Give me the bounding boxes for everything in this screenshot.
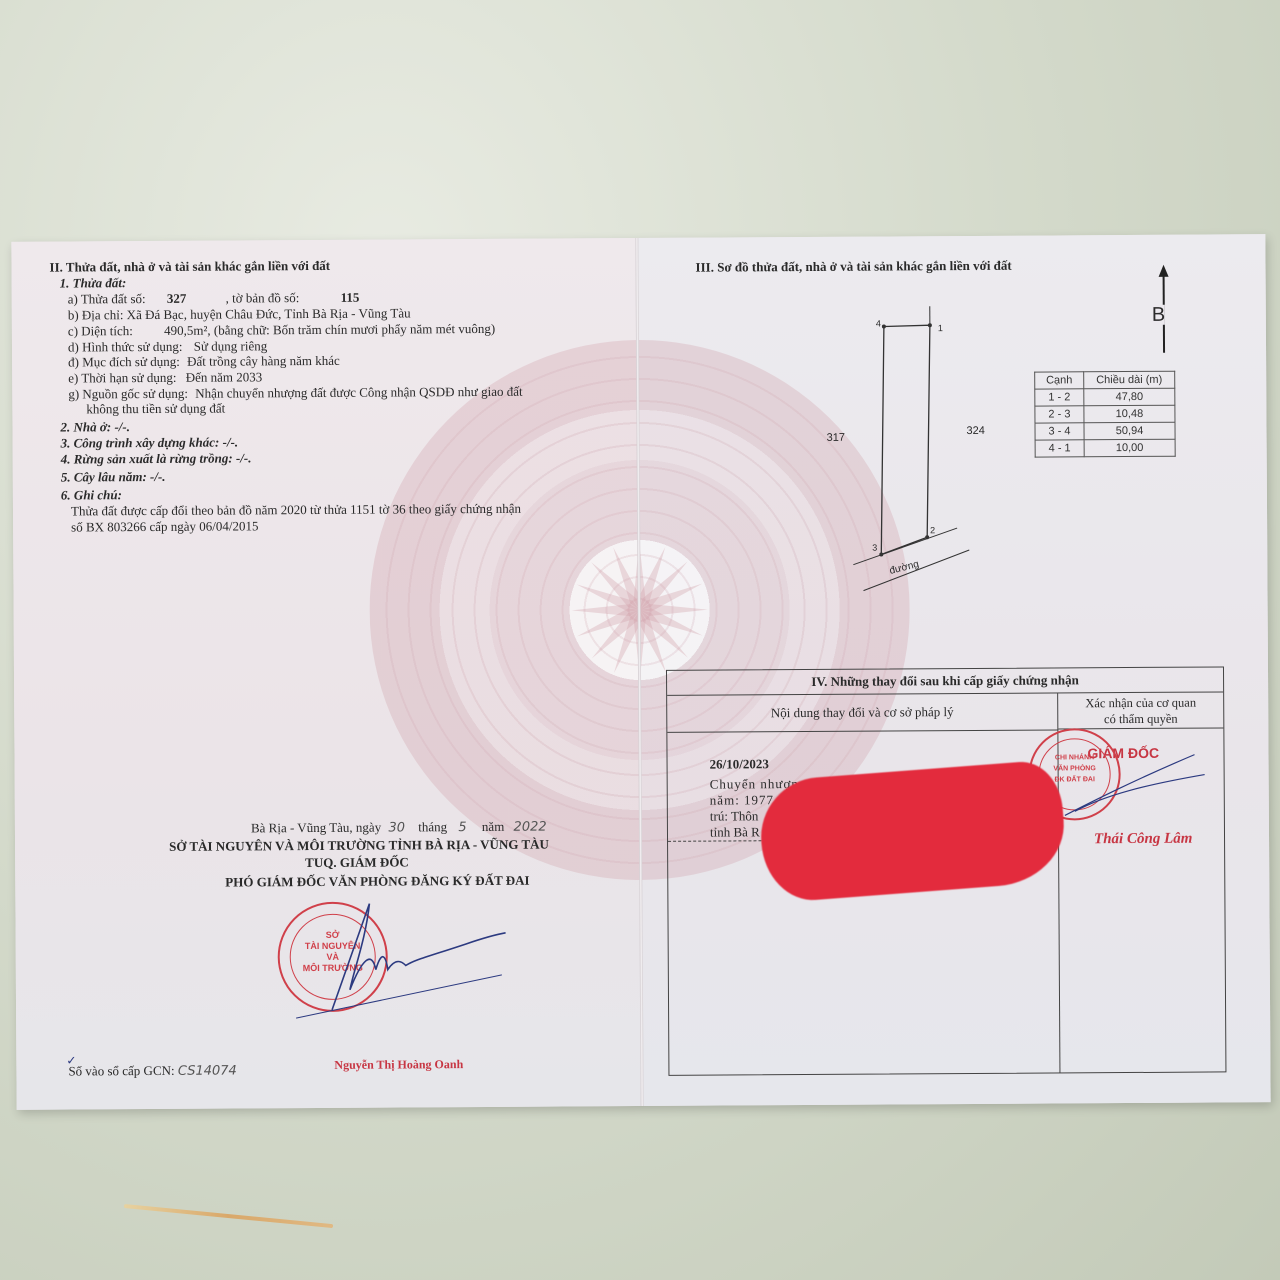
origin-value: Nhận chuyển nhượng đất được Công nhận QS… xyxy=(195,384,522,401)
parcel-heading: 1. Thửa đất: xyxy=(60,275,127,291)
signer-name-left: Nguyễn Thị Hoàng Oanh xyxy=(334,1057,463,1073)
confirmation-header: Xác nhận của cơ quan có thẩm quyền xyxy=(1058,692,1223,729)
point-1-label: 1 xyxy=(938,321,943,336)
neighbor-parcel-left: 317 xyxy=(827,431,845,447)
confirm-signer-name: Thái Công Lâm xyxy=(1094,832,1192,848)
confirmation-header-line2: có thẩm quyền xyxy=(1058,710,1223,727)
change-entry-line-3: trú: Thôn xyxy=(710,808,759,824)
perennial-tree-item: 5. Cây lâu năm: -/-. xyxy=(61,469,166,485)
neighbor-parcel-right: 324 xyxy=(966,424,984,440)
usage-purpose-row: đ) Mục đích sử dụng: Đất trồng cây hàng … xyxy=(68,353,340,370)
year-label: năm xyxy=(482,819,504,834)
signing-date: Bà Rịa - Vũng Tàu, ngày 30 tháng 5 năm 2… xyxy=(251,819,547,837)
usage-term-row: e) Thời hạn sử dụng: Đến năm 2033 xyxy=(68,369,262,386)
signer-position: PHÓ GIÁM ĐỐC VĂN PHÒNG ĐĂNG KÝ ĐẤT ĐAI xyxy=(225,873,529,890)
edge-cell: 2 - 3 xyxy=(1035,406,1084,423)
usage-term-value: Đến năm 2033 xyxy=(186,369,263,384)
origin-value-cont: không thu tiền sử dụng đất xyxy=(86,401,225,417)
map-sheet-value: 115 xyxy=(341,290,360,305)
table-row: 4 - 1 10,00 xyxy=(1035,439,1175,457)
change-entry-line-2: năm: 1977 xyxy=(710,792,774,808)
parcel-number-row: a) Thửa đất số: 327 , tờ bản đồ số: 115 xyxy=(68,290,360,307)
table-row: 3 - 4 50,94 xyxy=(1035,422,1175,440)
signing-place: Bà Rịa - Vũng Tàu, ngày xyxy=(251,820,381,836)
usage-term-label: e) Thời hạn sử dụng: xyxy=(68,370,176,386)
parcel-number-value: 327 xyxy=(167,291,187,306)
area-row: c) Diện tích: 490,5m², (bằng chữ: Bốn tr… xyxy=(68,321,495,339)
edge-cell: 3 - 4 xyxy=(1035,423,1084,440)
changes-title: IV. Những thay đổi sau khi cấp giấy chứn… xyxy=(667,667,1223,695)
header-edge: Cạnh xyxy=(1035,372,1084,389)
area-label: c) Diện tích: xyxy=(68,323,133,338)
length-cell: 10,48 xyxy=(1084,405,1175,423)
note-line-2: số BX 803266 cấp ngày 06/04/2015 xyxy=(71,518,258,535)
edge-cell: 1 - 2 xyxy=(1035,389,1084,406)
signing-month: 5 xyxy=(458,820,466,835)
address-label: b) Địa chỉ: xyxy=(68,307,124,322)
change-entry-line-4: tỉnh Bà R xyxy=(710,824,760,840)
checkmark-icon: ✓ xyxy=(66,1053,76,1068)
plantation-forest-item: 4. Rừng sản xuất là rừng trồng: -/-. xyxy=(61,450,252,467)
toothpick xyxy=(124,1204,333,1228)
header-length: Chiều dài (m) xyxy=(1084,371,1175,389)
note-line-1: Thửa đất được cấp đổi theo bản đồ năm 20… xyxy=(71,501,521,519)
origin-row: g) Nguồn gốc sử dụng: Nhận chuyển nhượng… xyxy=(68,384,522,402)
signing-day: 30 xyxy=(388,820,405,835)
north-label: B xyxy=(1152,305,1165,325)
parcel-diagram xyxy=(812,306,974,587)
edge-length-table: Cạnh Chiều dài (m) 1 - 2 47,80 2 - 3 10,… xyxy=(1034,371,1176,458)
usage-purpose-value: Đất trồng cây hàng năm khác xyxy=(187,353,340,369)
change-entry-date: 26/10/2023 xyxy=(710,756,769,772)
registry-row: ✓ Số vào sổ cấp GCN: CS14074 xyxy=(68,1062,236,1079)
origin-label: g) Nguồn gốc sử dụng: xyxy=(68,386,188,402)
changes-content-header: Nội dung thay đổi và cơ sở pháp lý xyxy=(667,693,1058,732)
section-iii-title: III. Sơ đồ thửa đất, nhà ở và tài sản kh… xyxy=(695,258,1011,275)
tuq-title: TUQ. GIÁM ĐỐC xyxy=(305,854,409,870)
signing-year: 2022 xyxy=(513,820,546,835)
signature-left-icon xyxy=(265,899,506,1020)
registry-value: CS14074 xyxy=(178,1063,237,1078)
usage-form-row: d) Hình thức sử dụng: Sử dụng riêng xyxy=(68,338,267,355)
land-certificate-document: II. Thửa đất, nhà ở và tài sản khác gắn … xyxy=(11,234,1270,1110)
table-header-row: Cạnh Chiều dài (m) xyxy=(1035,371,1175,389)
house-item: 2. Nhà ở: -/-. xyxy=(60,419,130,435)
section-ii-title: II. Thửa đất, nhà ở và tài sản khác gắn … xyxy=(49,258,330,275)
other-construction-item: 3. Công trình xây dựng khác: -/-. xyxy=(61,434,239,450)
point-3-label: 3 xyxy=(872,541,877,556)
issuing-authority: SỞ TÀI NGUYÊN VÀ MÔI TRƯỜNG TỈNH BÀ RỊA … xyxy=(169,837,549,855)
point-2-label: 2 xyxy=(930,523,935,538)
point-4-label: 4 xyxy=(876,317,881,332)
length-cell: 47,80 xyxy=(1084,388,1175,406)
usage-form-label: d) Hình thức sử dụng: xyxy=(68,339,183,355)
length-cell: 50,94 xyxy=(1084,422,1175,440)
registry-label: Số vào sổ cấp GCN: xyxy=(68,1063,174,1079)
usage-purpose-label: đ) Mục đích sử dụng: xyxy=(68,354,180,370)
table-row: 1 - 2 47,80 xyxy=(1035,388,1175,406)
edge-cell: 4 - 1 xyxy=(1035,440,1084,457)
usage-form-value: Sử dụng riêng xyxy=(194,338,268,353)
address-row: b) Địa chỉ: Xã Đá Bạc, huyện Châu Đức, T… xyxy=(68,305,411,323)
length-cell: 10,00 xyxy=(1084,439,1175,457)
table-row: 2 - 3 10,48 xyxy=(1035,405,1175,423)
month-label: tháng xyxy=(418,819,447,834)
map-sheet-label: , tờ bản đồ số: xyxy=(226,290,300,305)
signature-right-icon xyxy=(1044,745,1204,826)
address-value: Xã Đá Bạc, huyện Châu Đức, Tỉnh Bà Rịa -… xyxy=(127,305,411,322)
confirmation-header-line1: Xác nhận của cơ quan xyxy=(1058,694,1223,711)
notes-heading: 6. Ghi chú: xyxy=(61,487,122,503)
parcel-number-label: a) Thửa đất số: xyxy=(68,291,146,306)
area-value: 490,5m², (bằng chữ: Bốn trăm chín mươi p… xyxy=(164,321,495,338)
